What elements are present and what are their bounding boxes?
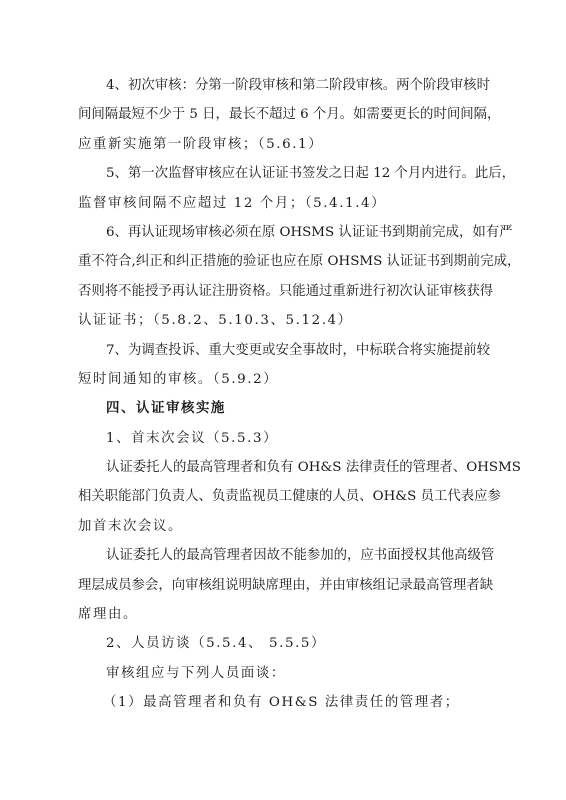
text-line: 审核组应与下列人员面谈： bbox=[78, 659, 490, 688]
text-line: 认证委托人的最高管理者和负有 OH&S 法律责任的管理者、OHSMS bbox=[78, 453, 490, 482]
text-line: 相关职能部门负责人、负责监视员工健康的人员、OH&S 员工代表应参 bbox=[78, 482, 490, 511]
paragraph-item-6: 6、再认证现场审核必须在原 OHSMS 认证证书到期前完成，如有严 重不符合,纠… bbox=[78, 218, 490, 336]
text-line: 7、为调查投诉、重大变更或安全事故时，中标联合将实施提前较 bbox=[78, 336, 490, 365]
section-heading-4: 四、认证审核实施 bbox=[78, 394, 490, 423]
paragraph-absence: 认证委托人的最高管理者因故不能参加的，应书面授权其他高级管 理层成员参会，向审核… bbox=[78, 541, 490, 629]
document-page: 4、初次审核：分第一阶段审核和第二阶段审核。两个阶段审核时 间间隔最短不少于 5… bbox=[78, 71, 490, 718]
text-line: 4、初次审核：分第一阶段审核和第二阶段审核。两个阶段审核时 bbox=[78, 71, 490, 100]
text-line: 理层成员参会，向审核组说明缺席理由，并由审核组记录最高管理者缺 bbox=[78, 571, 490, 600]
text-line: （1）最高管理者和负有 OH&S 法律责任的管理者； bbox=[78, 688, 490, 717]
text-line: 应重新实施第一阶段审核；（5.6.1） bbox=[78, 130, 490, 159]
text-line: 短时间通知的审核。（5.9.2） bbox=[78, 365, 490, 394]
paragraph-item-5: 5、第一次监督审核应在认证证书签发之日起 12 个月内进行。此后， 监督审核间隔… bbox=[78, 159, 490, 218]
text-line: 席理由。 bbox=[78, 600, 490, 629]
text-line: 1、首末次会议（5.5.3） bbox=[78, 424, 490, 453]
paragraph-meeting-attendees: 认证委托人的最高管理者和负有 OH&S 法律责任的管理者、OHSMS 相关职能部… bbox=[78, 453, 490, 541]
list-item-1: （1）最高管理者和负有 OH&S 法律责任的管理者； bbox=[78, 688, 490, 717]
subsection-heading-1: 1、首末次会议（5.5.3） bbox=[78, 424, 490, 453]
text-line: 6、再认证现场审核必须在原 OHSMS 认证证书到期前完成，如有严 bbox=[78, 218, 490, 247]
text-line: 监督审核间隔不应超过 12 个月；（5.4.1.4） bbox=[78, 189, 490, 218]
text-line: 2、人员访谈（5.5.4、 5.5.5） bbox=[78, 629, 490, 658]
subsection-heading-2: 2、人员访谈（5.5.4、 5.5.5） bbox=[78, 629, 490, 658]
text-line: 5、第一次监督审核应在认证证书签发之日起 12 个月内进行。此后， bbox=[78, 159, 490, 188]
text-line: 认证委托人的最高管理者因故不能参加的，应书面授权其他高级管 bbox=[78, 541, 490, 570]
paragraph-interview-intro: 审核组应与下列人员面谈： bbox=[78, 659, 490, 688]
paragraph-item-7: 7、为调查投诉、重大变更或安全事故时，中标联合将实施提前较 短时间通知的审核。（… bbox=[78, 336, 490, 395]
text-line: 间间隔最短不少于 5 日，最长不超过 6 个月。如需要更长的时间间隔， bbox=[78, 100, 490, 129]
text-line: 重不符合,纠正和纠正措施的验证也应在原 OHSMS 认证证书到期前完成， bbox=[78, 247, 490, 276]
paragraph-item-4: 4、初次审核：分第一阶段审核和第二阶段审核。两个阶段审核时 间间隔最短不少于 5… bbox=[78, 71, 490, 159]
heading-text: 四、认证审核实施 bbox=[78, 394, 490, 423]
text-line: 加首末次会议。 bbox=[78, 512, 490, 541]
text-line: 否则将不能授予再认证注册资格。只能通过重新进行初次认证审核获得 bbox=[78, 277, 490, 306]
text-line: 认证证书；（5.8.2、5.10.3、5.12.4） bbox=[78, 306, 490, 335]
